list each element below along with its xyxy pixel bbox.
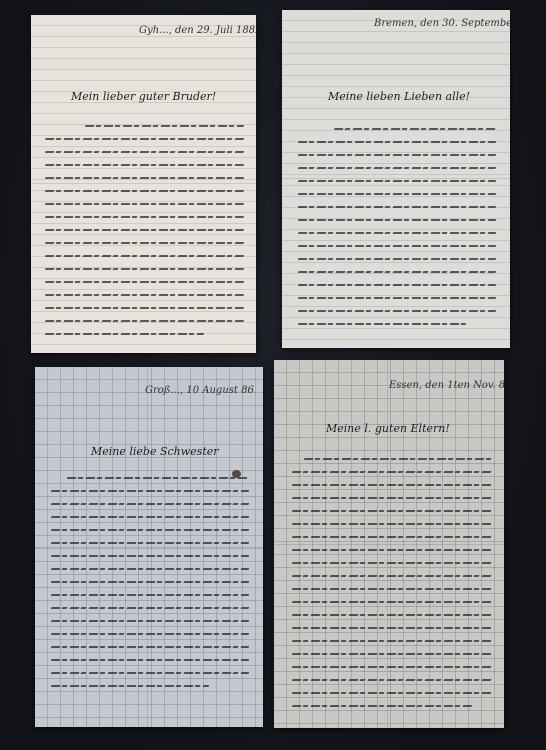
letter-top-left: Gyh..., den 29. Juli 1882 Mein lieber gu…: [31, 15, 256, 353]
letter-body: [35, 477, 263, 698]
letter-date: Gyh..., den 29. Juli 1882: [139, 25, 256, 36]
letter-date: Essen, den 1ten Nov. 83: [389, 380, 504, 391]
letter-body: [31, 125, 256, 346]
letter-salutation: Mein lieber guter Bruder!: [71, 90, 216, 103]
letter-salutation: Meine l. guten Eltern!: [326, 422, 450, 435]
letter-top-right: Bremen, den 30. September 1882 Meine lie…: [282, 10, 510, 348]
letter-salutation: Meine lieben Lieben alle!: [328, 90, 470, 103]
letter-body: [274, 458, 504, 718]
letter-bottom-left: Groß..., 10 August 86 Meine liebe Schwes…: [35, 367, 263, 727]
letter-body: [282, 128, 510, 336]
letter-salutation: Meine liebe Schwester: [91, 445, 219, 458]
letter-bottom-right: Essen, den 1ten Nov. 83 Meine l. guten E…: [274, 360, 504, 728]
letter-date: Bremen, den 30. September 1882: [374, 18, 510, 29]
letter-date: Groß..., 10 August 86: [145, 385, 254, 396]
